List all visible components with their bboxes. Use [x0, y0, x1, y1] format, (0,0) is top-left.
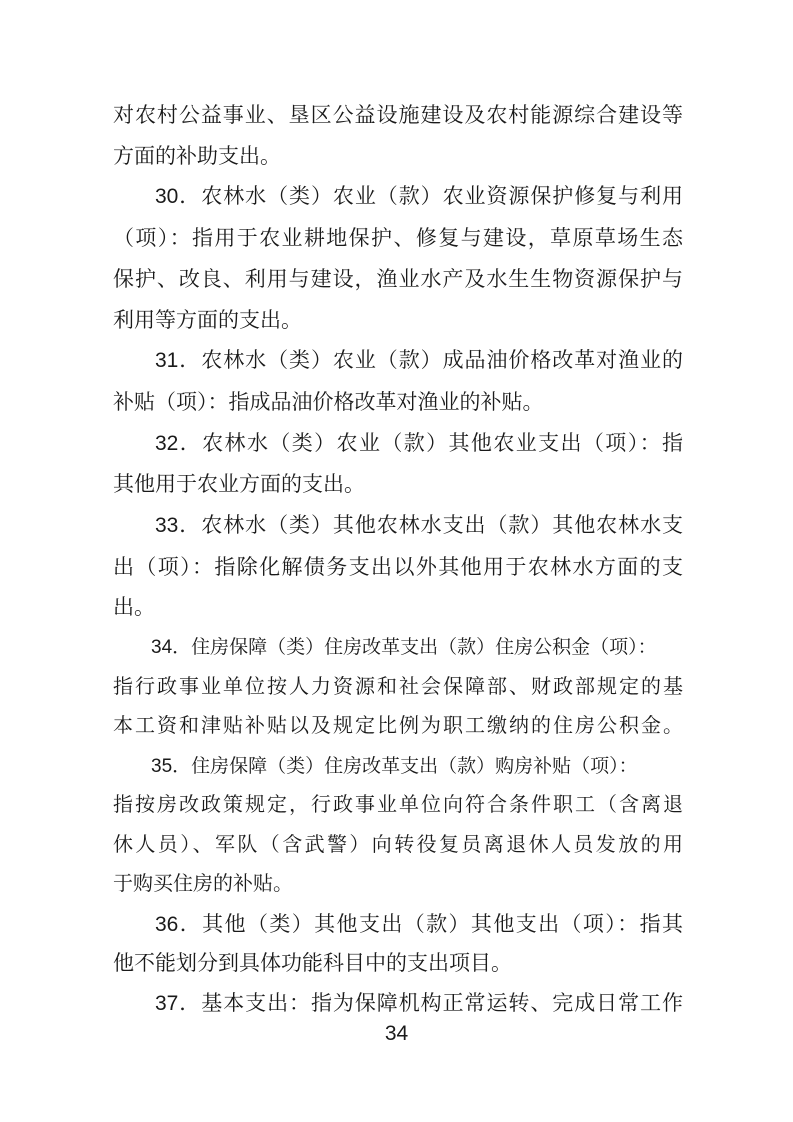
document-text: 对农村公益事业、垦区公益设施建设及农村能源综合建设等方面的补助支出。30．农林水… [113, 95, 683, 1023]
text-line: 30．农林水（类）农业（款）农业资源保护修复与利用 [113, 176, 683, 218]
item-number: 32． [155, 432, 202, 455]
document-page: 对农村公益事业、垦区公益设施建设及农村能源综合建设等方面的补助支出。30．农林水… [0, 0, 793, 1122]
text-block-items-36-37: 36．其他（类）其他支出（款）其他支出（项）：指其他不能划分到具体功能科目中的支… [113, 905, 683, 1024]
text-line: 其他用于农业方面的支出。 [113, 464, 683, 505]
text-line: 36．其他（类）其他支出（款）其他支出（项）：指其 [113, 905, 683, 945]
text-block-items-30-33: 对农村公益事业、垦区公益设施建设及农村能源综合建设等方面的补助支出。30．农林水… [113, 95, 683, 628]
line-text: 保护、改良、利用与建设，渔业水产及水生生物资源保护与 [113, 267, 683, 291]
text-line: 本工资和津贴补贴以及规定比例为职工缴纳的住房公积金。 [113, 707, 683, 747]
text-line: 利用等方面的支出。 [113, 300, 683, 341]
item-number: 34． [151, 637, 191, 658]
line-text: 其他（类）其他支出（款）其他支出（项）：指其 [202, 912, 683, 936]
item-number: 37． [155, 992, 201, 1015]
line-text: 住房保障（类）住房改革支出（款）住房公积金（项）： [191, 637, 657, 658]
item-number: 35． [151, 756, 191, 777]
text-block-items-34-35: 34．住房保障（类）住房改革支出（款）住房公积金（项）：指行政事业单位按人力资源… [113, 628, 683, 905]
item-number: 30． [155, 185, 201, 208]
line-text: 指行政事业单位按人力资源和社会保障部、财政部规定的基 [113, 676, 683, 698]
line-text: 指按房改政策规定，行政事业单位向符合条件职工（含离退 [113, 794, 683, 816]
item-number: 33． [155, 514, 201, 537]
line-text: （项）：指用于农业耕地保护、修复与建设，草原草场生态 [113, 226, 683, 250]
text-line: 37．基本支出：指为保障机构正常运转、完成日常工作 [113, 984, 683, 1024]
line-text: 住房保障（类）住房改革支出（款）购房补贴（项）： [191, 756, 638, 777]
text-line: 保护、改良、利用与建设，渔业水产及水生生物资源保护与 [113, 259, 683, 300]
text-line: 他不能划分到具体功能科目中的支出项目。 [113, 944, 683, 984]
text-line: 补贴（项）：指成品油价格改革对渔业的补贴。 [113, 382, 683, 423]
line-text: 对农村公益事业、垦区公益设施建设及农村能源综合建设等 [113, 103, 683, 127]
text-line: 方面的补助支出。 [113, 136, 683, 177]
line-text: 补贴（项）：指成品油价格改革对渔业的补贴。 [113, 390, 544, 414]
line-text: 出。 [113, 595, 155, 619]
line-text: 休人员）、军队（含武警）向转役复员离退休人员发放的用 [113, 834, 683, 856]
text-line: 33．农林水（类）其他农林水支出（款）其他农林水支 [113, 505, 683, 547]
text-line: 34．住房保障（类）住房改革支出（款）住房公积金（项）： [113, 628, 683, 668]
line-text: 出（项）：指除化解债务支出以外其他用于农林水方面的支 [113, 555, 683, 579]
text-line: 32．农林水（类）农业（款）其他农业支出（项）：指 [113, 423, 683, 465]
line-text: 农林水（类）农业（款）农业资源保护修复与利用 [201, 184, 683, 208]
text-line: 指按房改政策规定，行政事业单位向符合条件职工（含离退 [113, 786, 683, 826]
line-text: 利用等方面的支出。 [113, 308, 302, 332]
item-number: 31． [155, 349, 201, 372]
text-line: 于购买住房的补贴。 [113, 865, 683, 905]
line-text: 农林水（类）其他农林水支出（款）其他农林水支 [201, 513, 683, 537]
line-text: 农林水（类）农业（款）成品油价格改革对渔业的 [201, 348, 683, 372]
text-line: 休人员）、军队（含武警）向转役复员离退休人员发放的用 [113, 826, 683, 866]
line-text: 基本支出：指为保障机构正常运转、完成日常工作 [201, 991, 683, 1015]
text-line: 对农村公益事业、垦区公益设施建设及农村能源综合建设等 [113, 95, 683, 136]
line-text: 于购买住房的补贴。 [113, 873, 293, 895]
line-text: 其他用于农业方面的支出。 [113, 472, 365, 496]
line-text: 方面的补助支出。 [113, 144, 281, 168]
item-number: 36． [155, 913, 202, 936]
text-line: 出（项）：指除化解债务支出以外其他用于农林水方面的支 [113, 547, 683, 588]
page-number: 34 [0, 1022, 793, 1046]
line-text: 农林水（类）农业（款）其他农业支出（项）：指 [202, 431, 683, 455]
text-line: 31．农林水（类）农业（款）成品油价格改革对渔业的 [113, 340, 683, 382]
text-line: 出。 [113, 587, 683, 628]
text-line: （项）：指用于农业耕地保护、修复与建设，草原草场生态 [113, 218, 683, 259]
text-line: 35．住房保障（类）住房改革支出（款）购房补贴（项）： [113, 747, 683, 787]
line-text: 他不能划分到具体功能科目中的支出项目。 [113, 951, 512, 975]
line-text: 本工资和津贴补贴以及规定比例为职工缴纳的住房公积金。 [113, 715, 683, 737]
text-line: 指行政事业单位按人力资源和社会保障部、财政部规定的基 [113, 668, 683, 708]
